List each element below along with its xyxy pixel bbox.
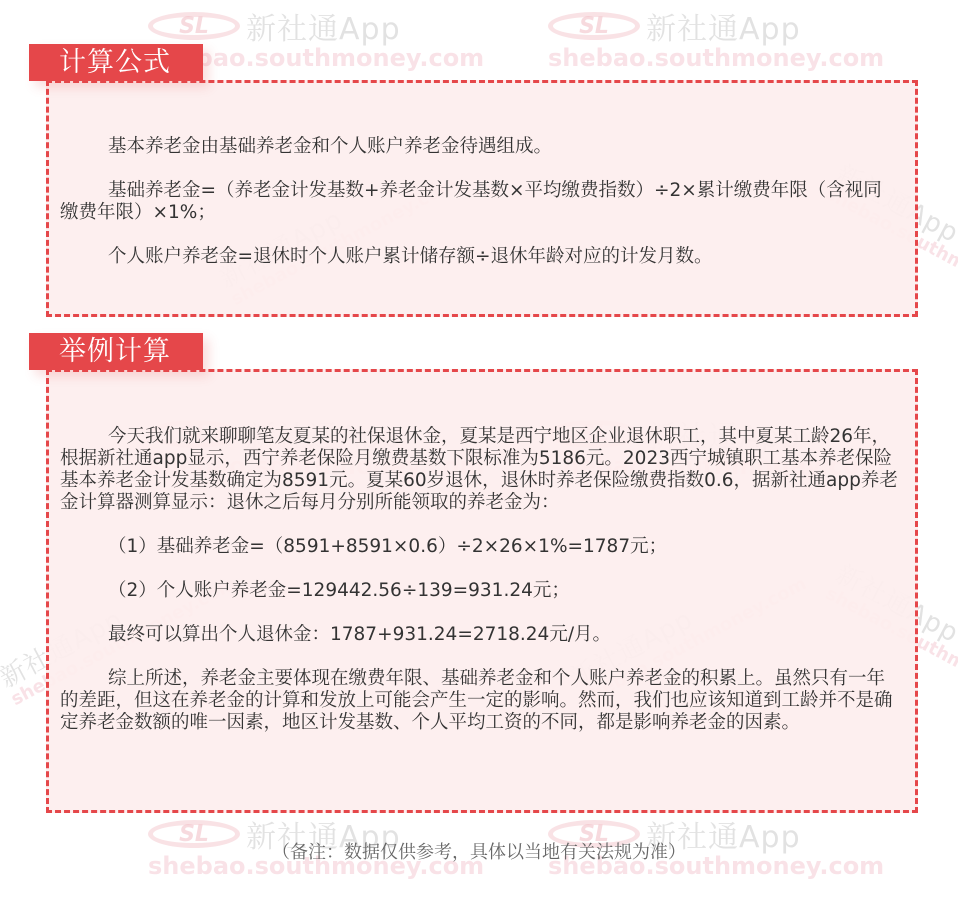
disclaimer-note: （备注：数据仅供参考，具体以当地有关法规为准） [0, 838, 958, 864]
summary-paragraph: 综上所述，养老金主要体现在缴费年限、基础养老金和个人账户养老金的积累上。虽然只有… [60, 668, 900, 734]
sl-logo-icon: SL [548, 12, 640, 40]
calc-line-1: （1）基础养老金=（8591+8591×0.6）÷2×26×1%=1787元； [60, 536, 900, 558]
watermark-url: shebao.southmoney.com [548, 44, 884, 72]
sl-logo-icon: SL [148, 12, 240, 40]
section-title-example: 举例计算 [29, 333, 203, 370]
section-title-formula: 计算公式 [29, 44, 203, 81]
formula-paragraph: 基本养老金由基础养老金和个人账户养老金待遇组成。 [60, 136, 900, 158]
watermark-name: 新社通App [246, 4, 401, 48]
calc-result: 最终可以算出个人退休金：1787+931.24=2718.24元/月。 [60, 624, 900, 646]
calc-line-2: （2）个人账户养老金=129442.56÷139=931.24元； [60, 580, 900, 602]
formula-content: 基本养老金由基础养老金和个人账户养老金待遇组成。 基础养老金=（养老金计发基数+… [60, 136, 900, 268]
watermark-name: 新社通App [646, 4, 801, 48]
example-intro: 今天我们就来聊聊笔友夏某的社保退休金，夏某是西宁地区企业退休职工，其中夏某工龄2… [60, 426, 900, 514]
formula-paragraph: 个人账户养老金=退休时个人账户累计储存额÷退休年龄对应的计发月数。 [60, 246, 900, 268]
example-content: 今天我们就来聊聊笔友夏某的社保退休金，夏某是西宁地区企业退休职工，其中夏某工龄2… [60, 426, 900, 734]
watermark: SL新社通App shebao.southmoney.com [548, 4, 884, 72]
formula-paragraph: 基础养老金=（养老金计发基数+养老金计发基数×平均缴费指数）÷2×累计缴费年限（… [60, 180, 900, 224]
